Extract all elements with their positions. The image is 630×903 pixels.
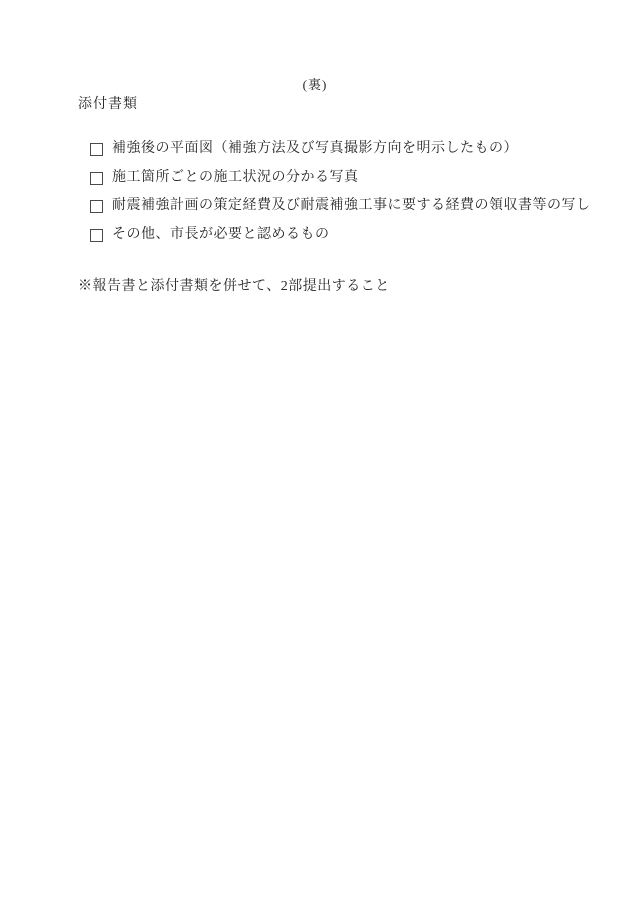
checklist-item-label: 補強後の平面図（補強方法及び写真撮影方向を明示したもの） <box>112 141 518 157</box>
checklist-item-label: 耐震補強計画の策定経費及び耐震補強工事に要する経費の領収書等の写し <box>112 198 591 214</box>
submission-note: ※報告書と添付書類を併せて、2部提出すること <box>78 278 390 295</box>
page-side-label: (裏) <box>0 77 630 92</box>
document-page: (裏) 添付書類 補強後の平面図（補強方法及び写真撮影方向を明示したもの） 施工… <box>0 0 630 903</box>
checklist-item-construction-photos: 施工箇所ごとの施工状況の分かる写真 <box>90 170 610 185</box>
checklist-item-label: その他、市長が必要と認めるもの <box>112 227 330 243</box>
section-title-attached-documents: 添付書類 <box>78 96 138 113</box>
checkbox-icon[interactable] <box>90 143 103 156</box>
attached-documents-checklist: 補強後の平面図（補強方法及び写真撮影方向を明示したもの） 施工箇所ごとの施工状況… <box>90 141 610 255</box>
checklist-item-expense-receipts: 耐震補強計画の策定経費及び耐震補強工事に要する経費の領収書等の写し <box>90 198 610 213</box>
checklist-item-other-mayor-required: その他、市長が必要と認めるもの <box>90 227 610 242</box>
checkbox-icon[interactable] <box>90 229 103 242</box>
checklist-item-label: 施工箇所ごとの施工状況の分かる写真 <box>112 170 359 186</box>
checklist-item-floor-plan: 補強後の平面図（補強方法及び写真撮影方向を明示したもの） <box>90 141 610 156</box>
checkbox-icon[interactable] <box>90 172 103 185</box>
checkbox-icon[interactable] <box>90 200 103 213</box>
